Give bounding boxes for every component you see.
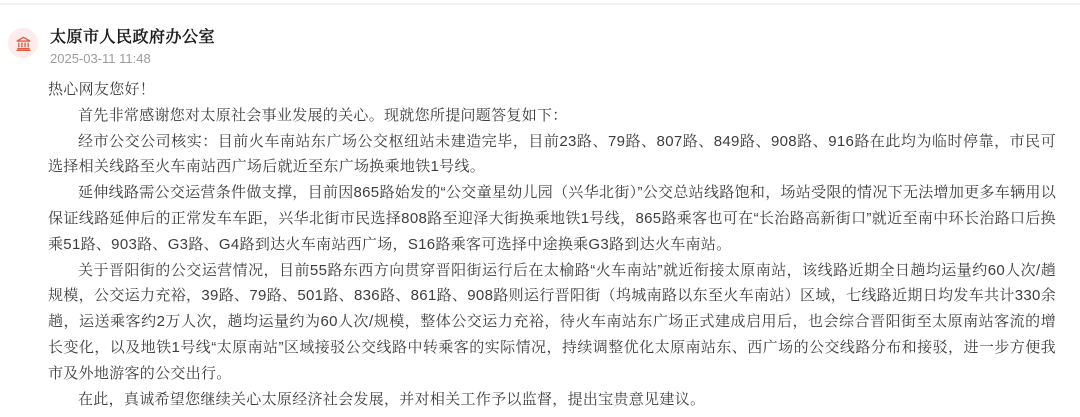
reply-paragraph: 在此，真诚希望您继续关心太原经济社会发展，并对相关工作予以监督，提出宝贵意见建议… xyxy=(48,387,1056,413)
reply-header: 太原市人民政府办公室 2025-03-11 11:48 xyxy=(8,28,215,66)
reply-paragraph: 经市公交公司核实：目前火车南站东广场公交枢纽站未建造完毕，目前23路、79路、8… xyxy=(48,129,1056,181)
reply-paragraph: 热心网友您好！ xyxy=(48,77,1056,103)
reply-paragraph: 延伸线路需公交运营条件做支撑，目前因865路始发的“公交童星幼儿园（兴华北街）”… xyxy=(48,180,1056,257)
reply-paragraph: 关于晋阳街的公交运营情况，目前55路东西方向贯穿晋阳街运行后在太榆路“火车南站”… xyxy=(48,258,1056,387)
reply-body: 热心网友您好！ 首先非常感谢您对太原社会事业发展的关心。现就您所提问题答复如下：… xyxy=(48,77,1056,412)
top-divider xyxy=(0,3,1080,5)
author-name: 太原市人民政府办公室 xyxy=(50,29,215,47)
government-building-icon xyxy=(15,35,32,52)
reply-card: 太原市人民政府办公室 2025-03-11 11:48 热心网友您好！ 首先非常… xyxy=(0,0,1080,417)
header-text: 太原市人民政府办公室 2025-03-11 11:48 xyxy=(50,28,215,66)
reply-timestamp: 2025-03-11 11:48 xyxy=(50,52,215,66)
avatar xyxy=(8,28,38,58)
reply-paragraph: 首先非常感谢您对太原社会事业发展的关心。现就您所提问题答复如下： xyxy=(48,103,1056,129)
